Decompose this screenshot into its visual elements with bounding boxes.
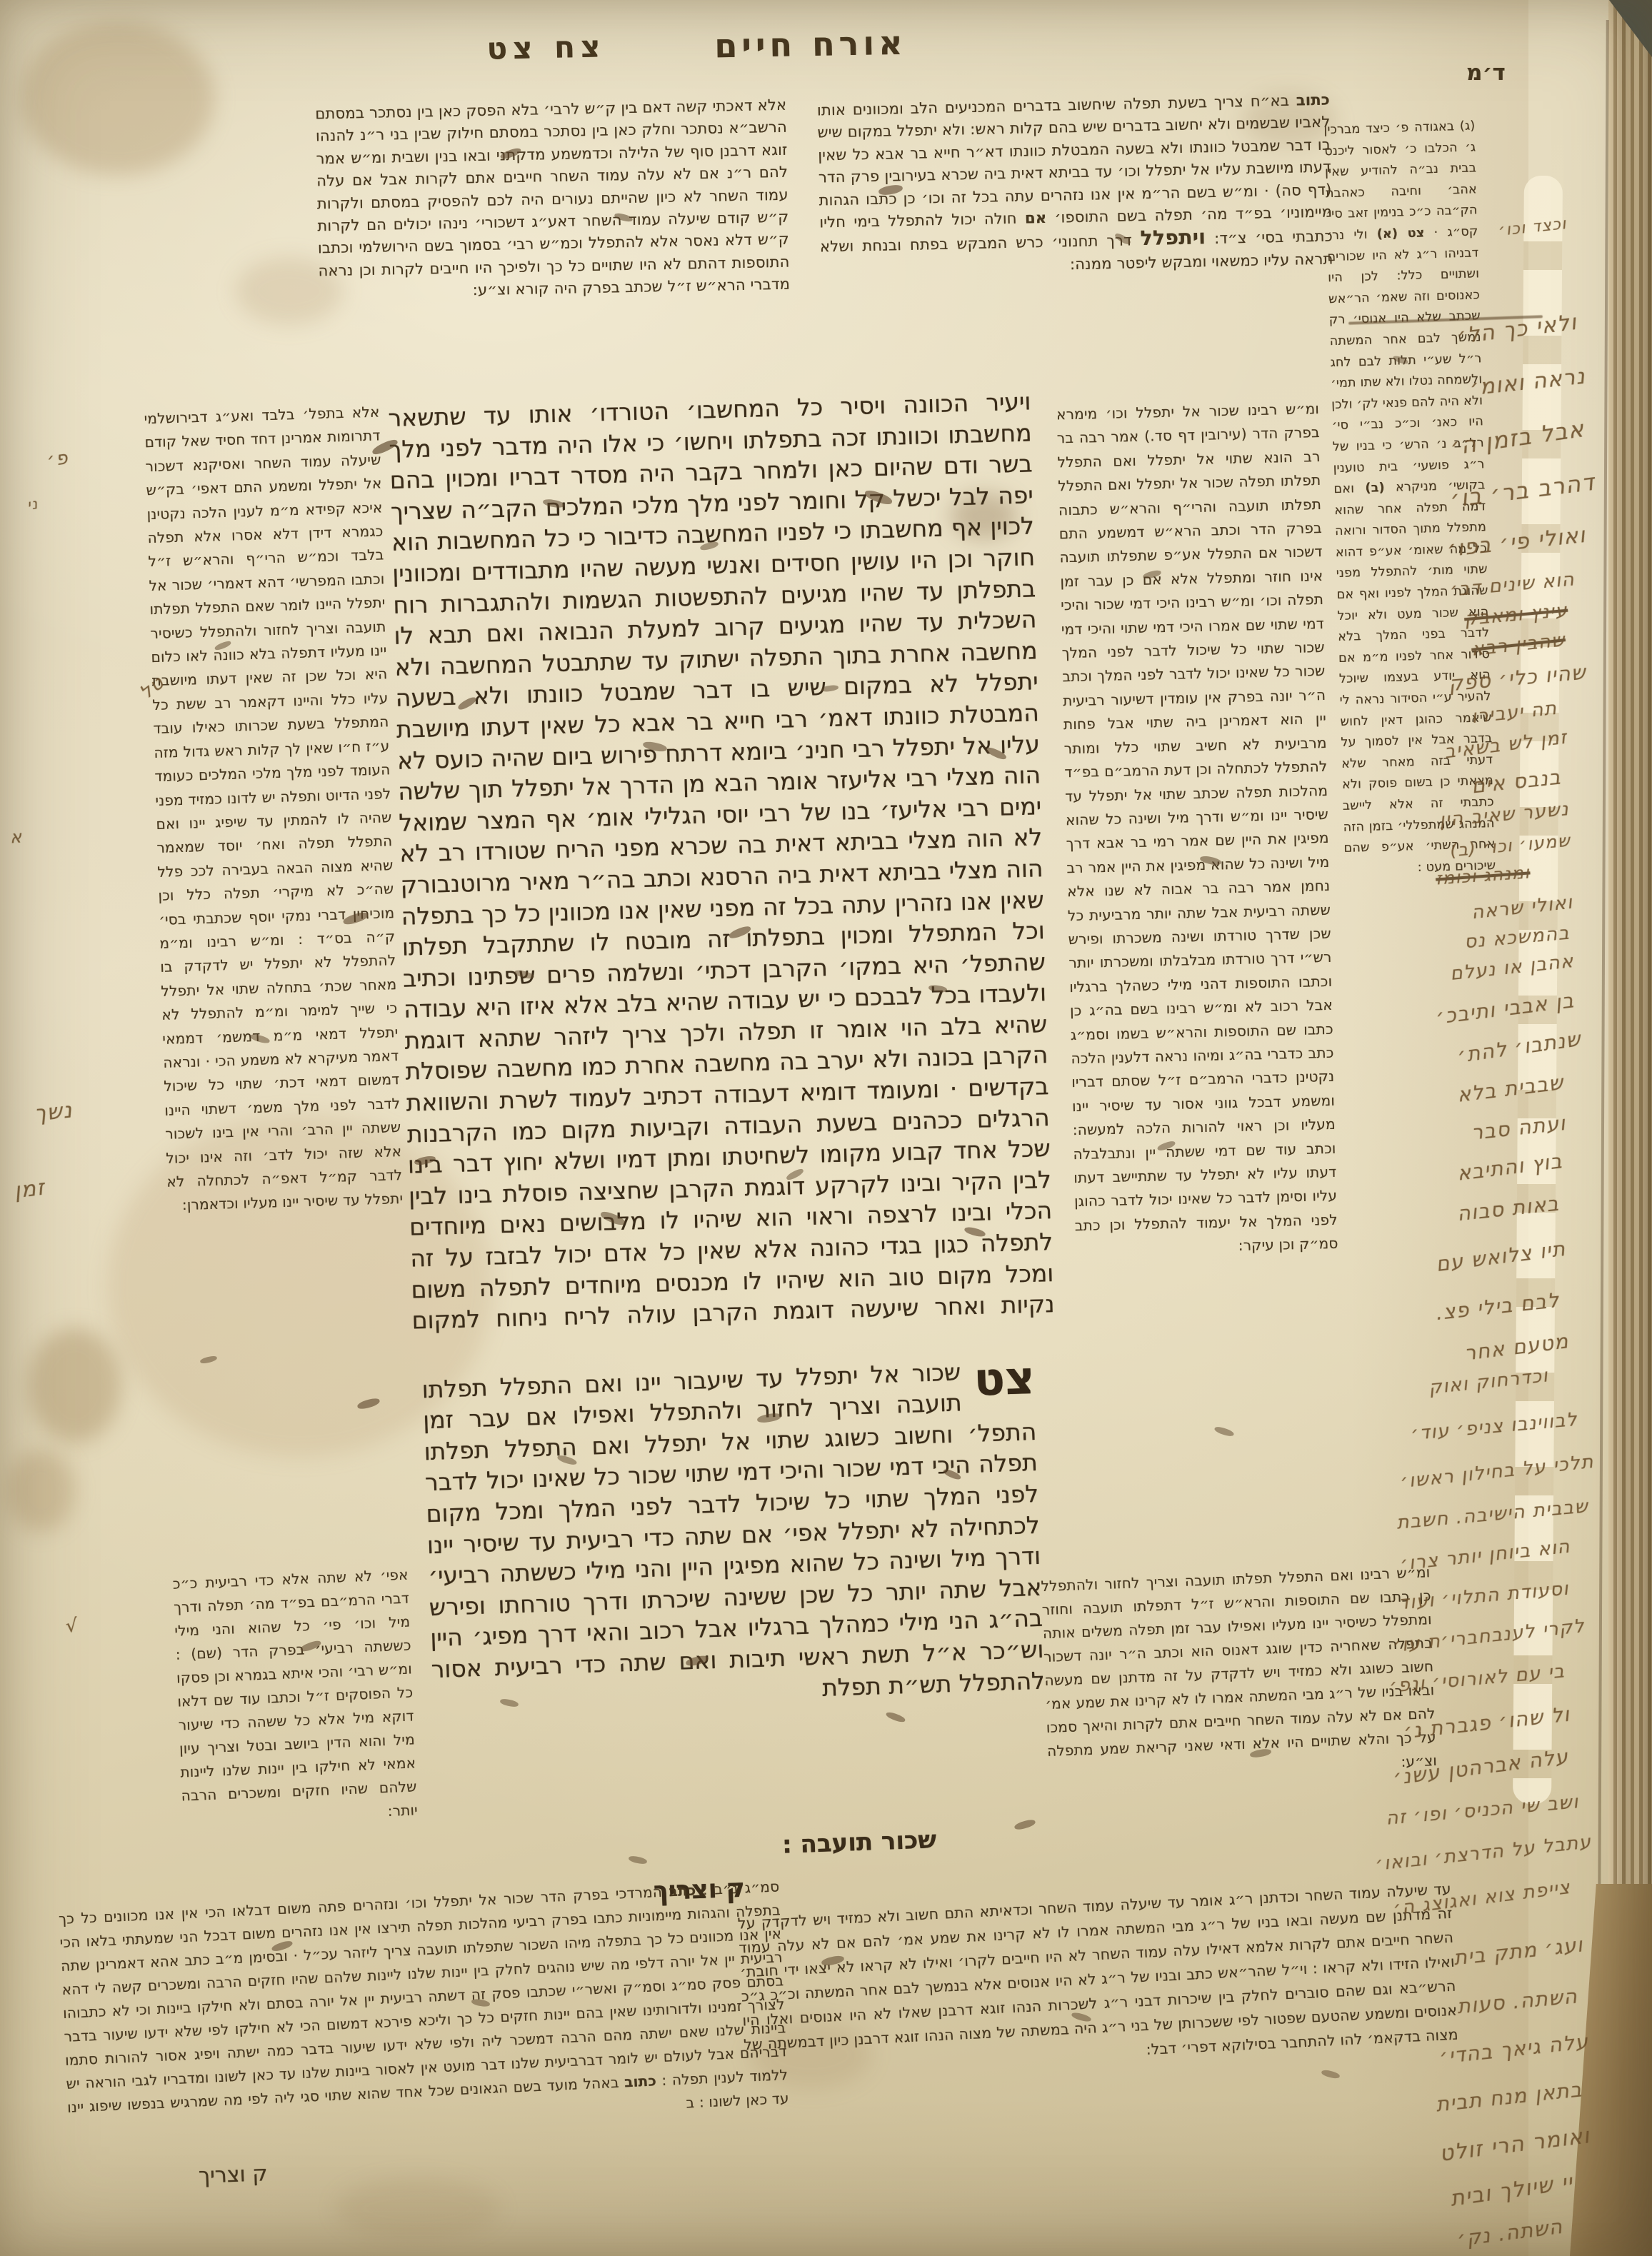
beit-yosef-right-side-column: ומ״ש רבינו שכור אל יתפלל וכו׳ מימרא בפרק…: [1056, 397, 1346, 1555]
handwritten-note: ני: [26, 495, 39, 513]
page-catchword: ק וצריך: [198, 2161, 268, 2188]
beit-yosef-bottom-right-wide: עד שיעלה עמוד השחר וכדתנן ר״ג אומר עד שי…: [737, 1877, 1463, 2160]
page-crease-line: [1598, 20, 1609, 1905]
book-page: אורח חיים צח צט ד׳מ אלא דאכתי קשה דאם בי…: [0, 0, 1652, 2256]
beit-yosef-bottom-left-narrow: אפי׳ לא שתה אלא כדי רביעית כ״כ דברי הרמ״…: [172, 1563, 421, 1890]
handwritten-note: זמן: [13, 1175, 46, 1203]
handwritten-note: השתה. נק׳: [1456, 2215, 1565, 2251]
tur-text-siman-98: ויעיר הכוונה ויסיר כל המחשבו׳ הטורדו׳ או…: [388, 386, 1055, 1336]
ink-smudge: [628, 1855, 647, 1865]
siman-range: צח צט: [460, 24, 632, 74]
handwritten-note: ואומר הרי זולט: [1438, 2123, 1592, 2167]
page-title: אורח חיים: [674, 18, 946, 73]
handwritten-note: פ׳: [46, 447, 70, 471]
tur-text-siman-99: צטשכור אל יתפלל עד שיעבור יינו ואם התפלל…: [421, 1323, 1050, 1843]
handwritten-note: השתה. סעות: [1456, 1985, 1579, 2019]
beit-yosef-left-side-column: אלא בתפל׳ בלבד ואע״ג דבירושלמי דתרומות א…: [144, 400, 414, 1556]
handwritten-note: ועג׳ מתק בית: [1453, 1933, 1585, 1970]
tur-siman-marker: צט: [973, 1357, 1036, 1403]
handwritten-note: יי שיולך ובית: [1448, 2170, 1574, 2212]
beit-yosef-bandc-right: ומ״ש רבינו ואם התפלל תפלתו תועבה וצריך ל…: [1041, 1560, 1441, 1892]
handwritten-note: שבבית הישיבה. חשבת: [1396, 1495, 1589, 1533]
handwritten-note: א: [9, 826, 23, 847]
handwritten-note: תלכי על בחילון ראשו׳: [1399, 1451, 1595, 1493]
beit-yosef-top-left-column: אלא דאכתי קשה דאם בין ק״ש לרבי׳ בלא הפסק…: [315, 94, 792, 398]
handwritten-note: נשך: [33, 1098, 74, 1126]
paper-stain: [29, 1328, 121, 1443]
paper-stain: [7, 1450, 75, 1532]
paper-stain: [21, 21, 214, 175]
beit-yosef-top-right-column: כתוב בא״ח צריך בשעת תפלה שיחשוב בדברים ה…: [817, 89, 1336, 398]
handwritten-note: √: [65, 1615, 80, 1637]
beit-yosef-bottom-left-wide: סמ״ג נ״ב : כתב המרדכי בפרק הדר שכור אל י…: [58, 1875, 791, 2191]
tur-siman-99-body: שכור אל יתפלל עד שיעבור יינו ואם התפלל ת…: [421, 1358, 1045, 1702]
tur-ending-centered: שכור תועבה :: [781, 1825, 936, 1860]
folio-number: ד׳מ: [1427, 57, 1506, 91]
handwritten-note: עלה גיאך בהדי׳: [1438, 2030, 1590, 2069]
paper-stain: [336, 2178, 500, 2239]
